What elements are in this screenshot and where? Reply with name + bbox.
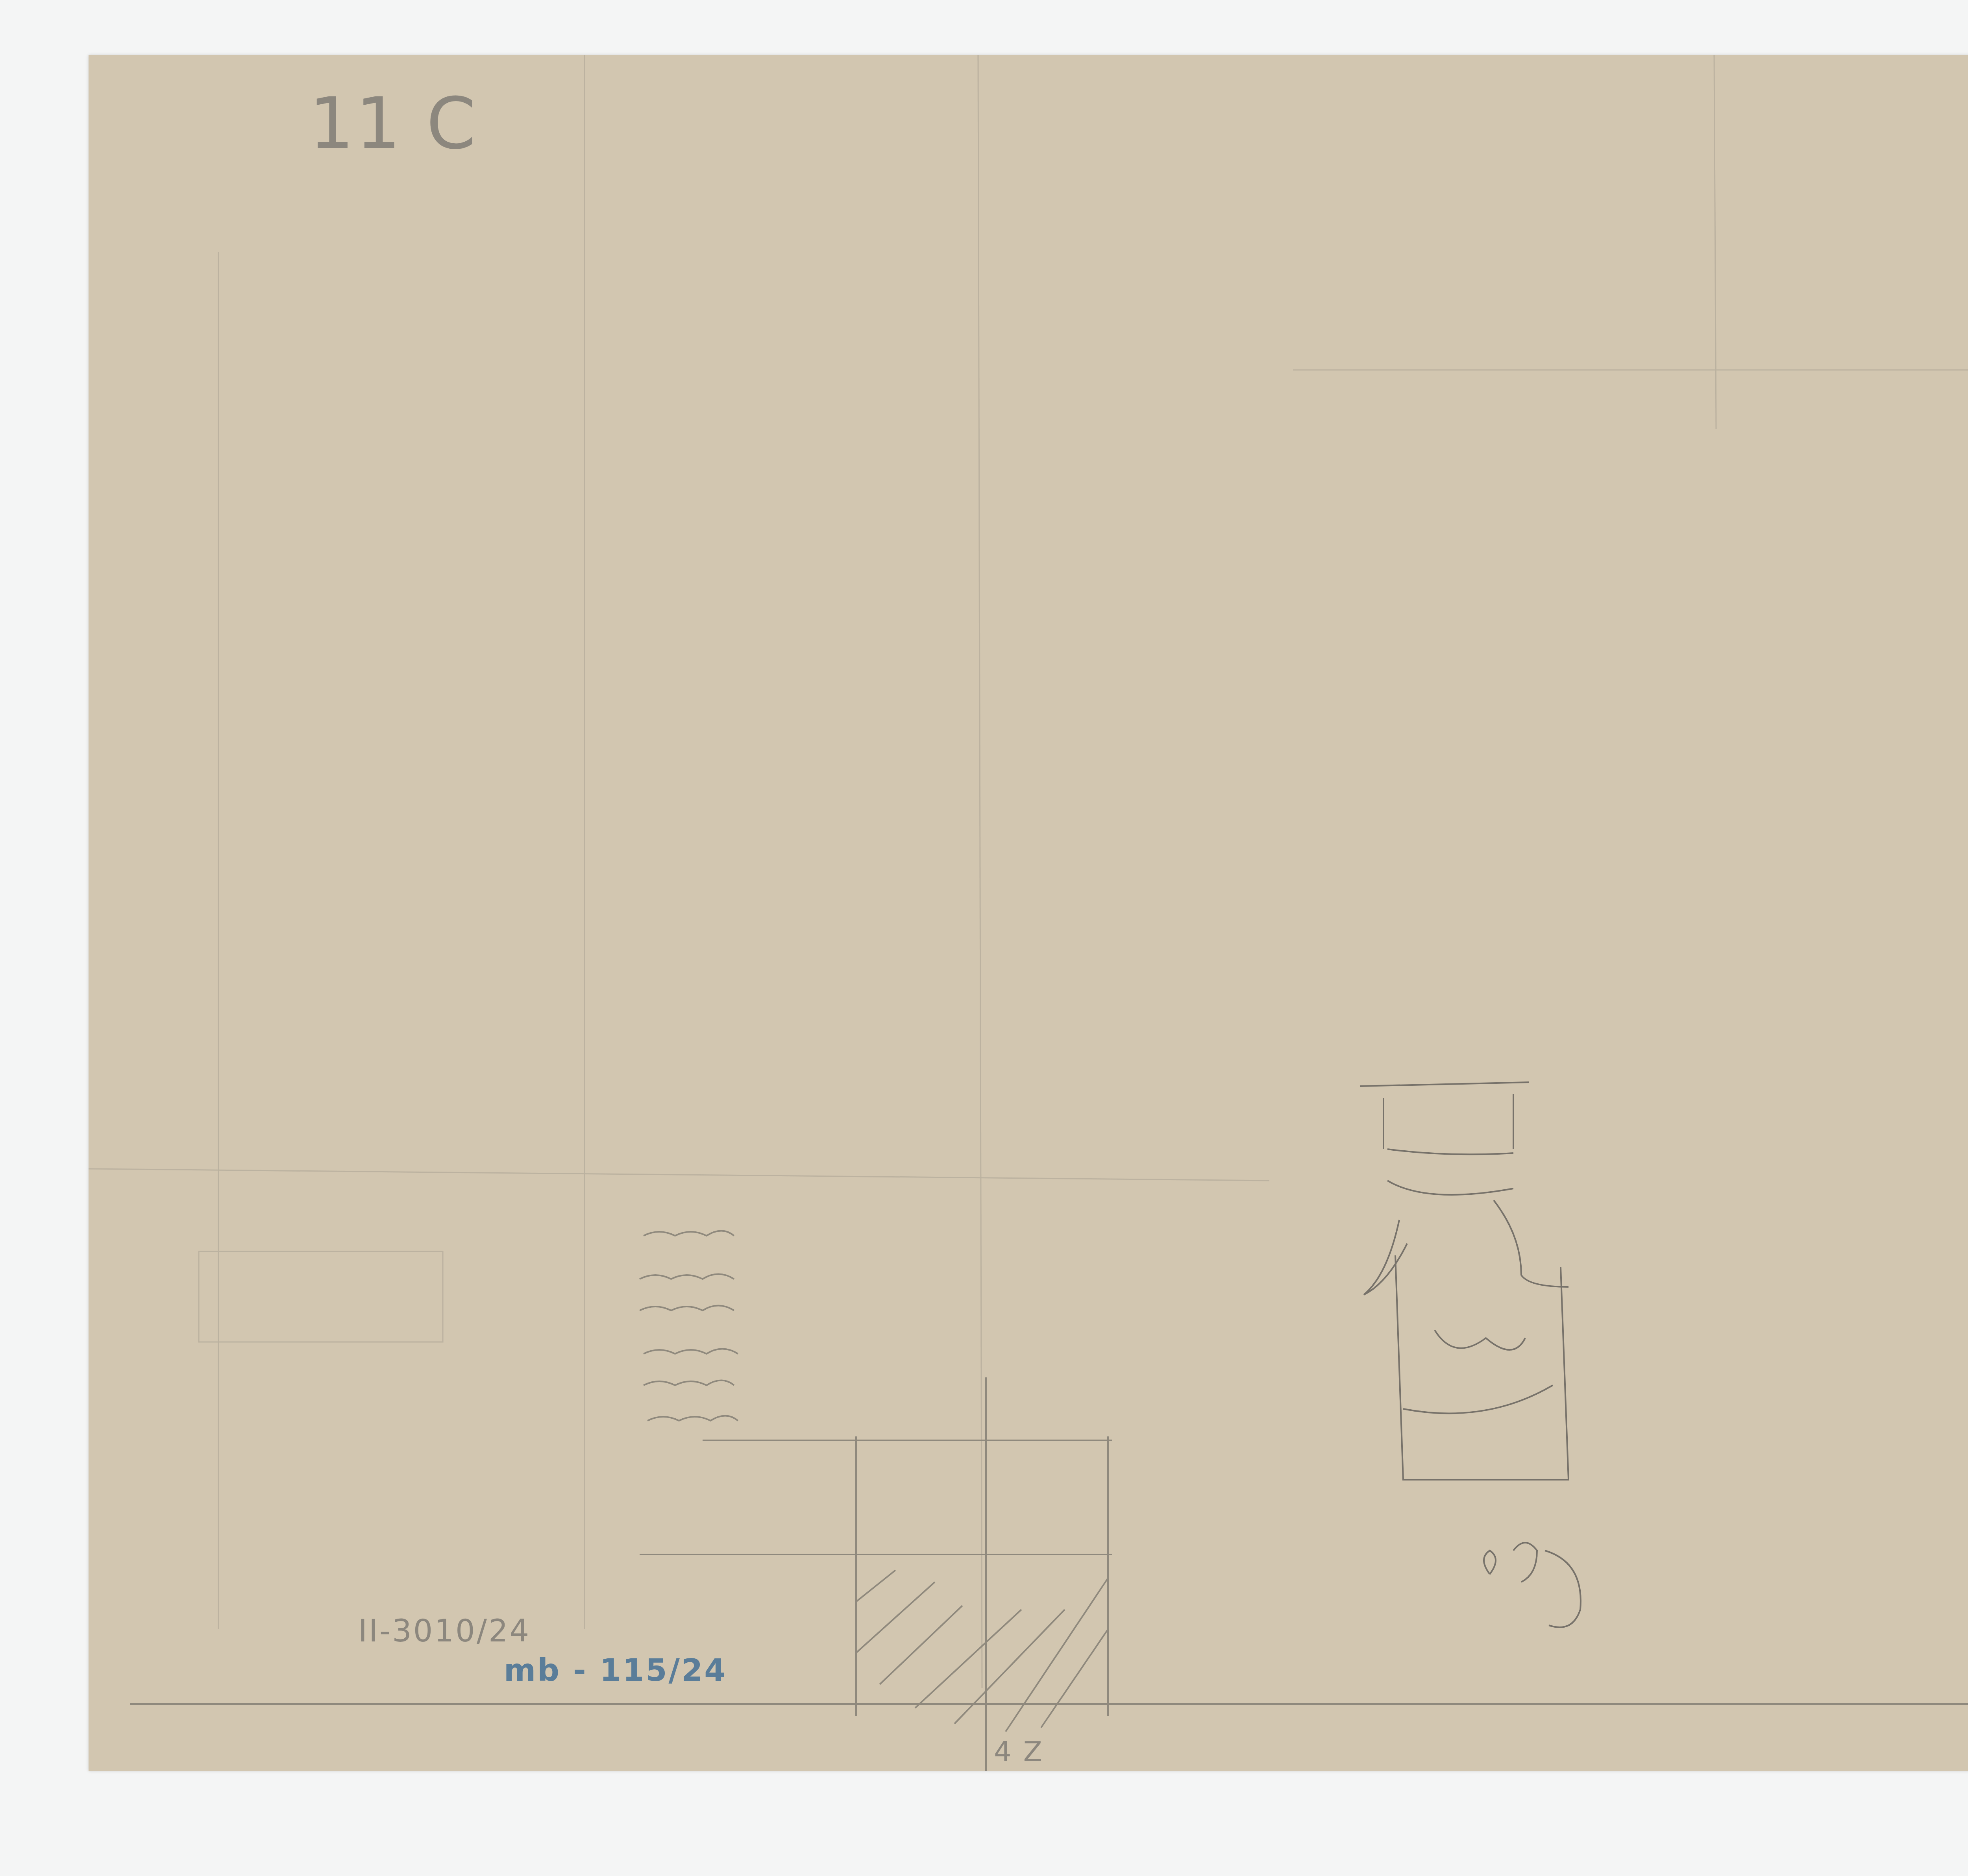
top-left-mark: 11 C bbox=[309, 83, 477, 165]
ink-inventory-number: mb - 115/24 bbox=[504, 1653, 727, 1688]
pencil-drawing bbox=[89, 55, 1968, 1771]
pencil-inventory-number: II-3010/24 bbox=[358, 1614, 531, 1649]
capital-sketch bbox=[1360, 1082, 1581, 1627]
paper-sheet: 11 C II-3010/24 mb - 115/24 4 Z bbox=[89, 55, 1968, 1771]
bottom-mark: 4 Z bbox=[994, 1736, 1044, 1768]
hatched-box bbox=[640, 1377, 1112, 1771]
wavy-lines bbox=[640, 1231, 738, 1421]
grid-lines bbox=[89, 55, 1968, 1688]
